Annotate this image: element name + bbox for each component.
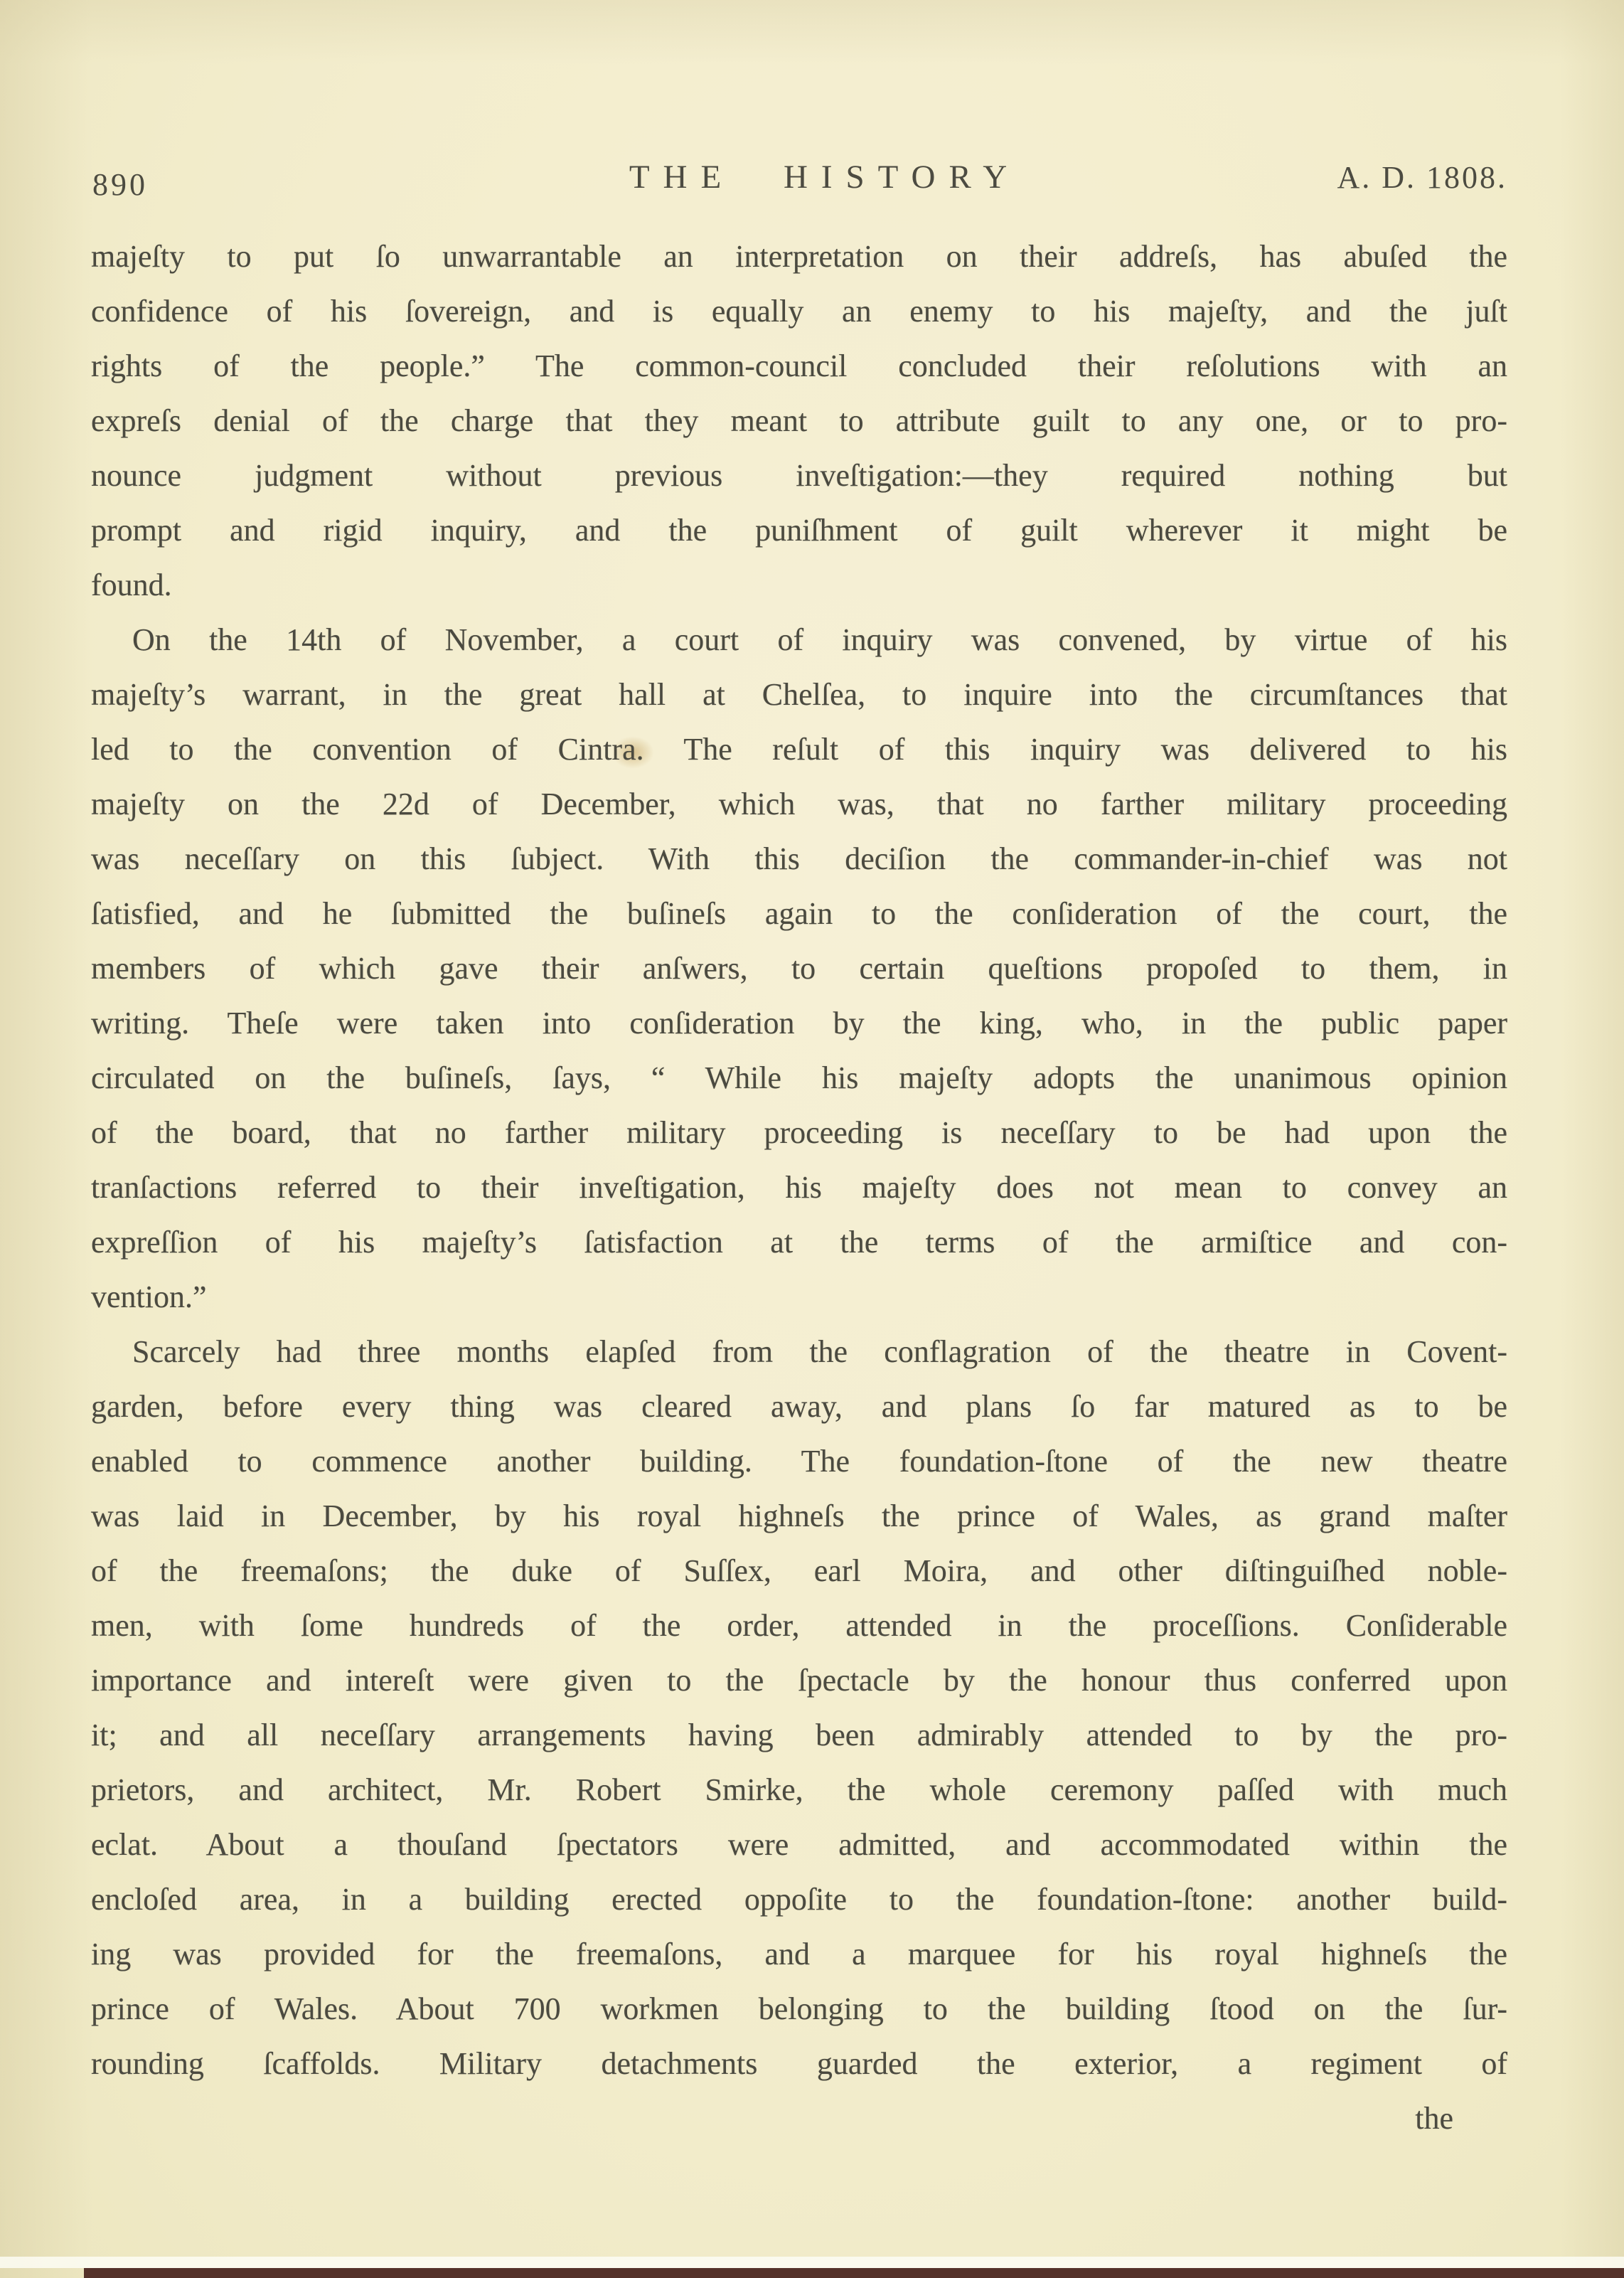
text-line: of the freemaſons; the duke of Suſſex, e… [91, 1543, 1507, 1598]
text-line: majeſty to put ſo unwarrantable an inter… [91, 229, 1507, 284]
header-date: A. D. 1808. [1337, 159, 1507, 196]
binding-shadow-bar [84, 2268, 1624, 2278]
text-line: nounce judgment without previous inveſti… [91, 448, 1507, 503]
text-line: importance and intereſt were given to th… [91, 1653, 1507, 1708]
text-line: tranſactions referred to their inveſtiga… [91, 1160, 1507, 1215]
text-line: garden, before every thing was cleared a… [91, 1379, 1507, 1434]
page-header: 890 THE HISTORY A. D. 1808. [91, 158, 1507, 208]
text-line: prietors, and architect, Mr. Robert Smir… [91, 1762, 1507, 1817]
paragraph-3: Scarcely had three months elapſed from t… [91, 1324, 1507, 2091]
text-line: was laid in December, by his royal highn… [91, 1489, 1507, 1543]
text-line: members of which gave their anſwers, to … [91, 941, 1507, 996]
text-line: of the board, that no farther military p… [91, 1105, 1507, 1160]
text-line: majeſty’s warrant, in the great hall at … [91, 667, 1507, 722]
text-line: expreſs denial of the charge that they m… [91, 393, 1507, 448]
page-number: 890 [92, 166, 148, 203]
text-line: circulated on the buſineſs, ſays, “ Whil… [91, 1050, 1507, 1105]
body-text: majeſty to put ſo unwarrantable an inter… [91, 229, 1507, 2146]
text-line: vention.” [91, 1270, 1507, 1324]
text-line: expreſſion of his majeſty’s ſatisfaction… [91, 1215, 1507, 1270]
text-line: enabled to commence another building. Th… [91, 1434, 1507, 1489]
page-top-edge-shading [0, 0, 1624, 64]
text-line: it; and all neceſſary arrangements havin… [91, 1708, 1507, 1762]
text-line: prompt and rigid inquiry, and the puniſh… [91, 503, 1507, 558]
page-right-edge-shading [1560, 0, 1624, 2278]
text-line: majeſty on the 22d of December, which wa… [91, 777, 1507, 831]
text-line: Scarcely had three months elapſed from t… [91, 1324, 1507, 1379]
text-line: ſatisfied, and he ſubmitted the buſineſs… [91, 886, 1507, 941]
text-line: men, with ſome hundreds of the order, at… [91, 1598, 1507, 1653]
page-left-edge-shading [0, 0, 92, 2278]
text-line: writing. Theſe were taken into conſidera… [91, 996, 1507, 1050]
paragraph-1: majeſty to put ſo unwarrantable an inter… [91, 229, 1507, 612]
text-line: encloſed area, in a building erected opp… [91, 1872, 1507, 1927]
book-page-scan: 890 THE HISTORY A. D. 1808. majeſty to p… [0, 0, 1624, 2278]
text-line: On the 14th of November, a court of inqu… [91, 612, 1507, 667]
text-line: rights of the people.” The common-counci… [91, 339, 1507, 393]
text-line: was neceſſary on this ſubject. With this… [91, 831, 1507, 886]
text-line: confidence of his ſovereign, and is equa… [91, 284, 1507, 339]
text-line: led to the convention of Cintra. The reſ… [91, 722, 1507, 777]
catchword: the [91, 2091, 1507, 2146]
page-bottom-edge [0, 2257, 1624, 2268]
text-line: eclat. About a thouſand ſpectators were … [91, 1817, 1507, 1872]
text-line: rounding ſcaffolds. Military detachments… [91, 2036, 1507, 2091]
paragraph-2: On the 14th of November, a court of inqu… [91, 612, 1507, 1324]
text-line: ing was provided for the freemaſons, and… [91, 1927, 1507, 1981]
text-line: prince of Wales. About 700 workmen belon… [91, 1981, 1507, 2036]
running-title: THE HISTORY [629, 158, 1020, 196]
text-line: found. [91, 558, 1507, 612]
